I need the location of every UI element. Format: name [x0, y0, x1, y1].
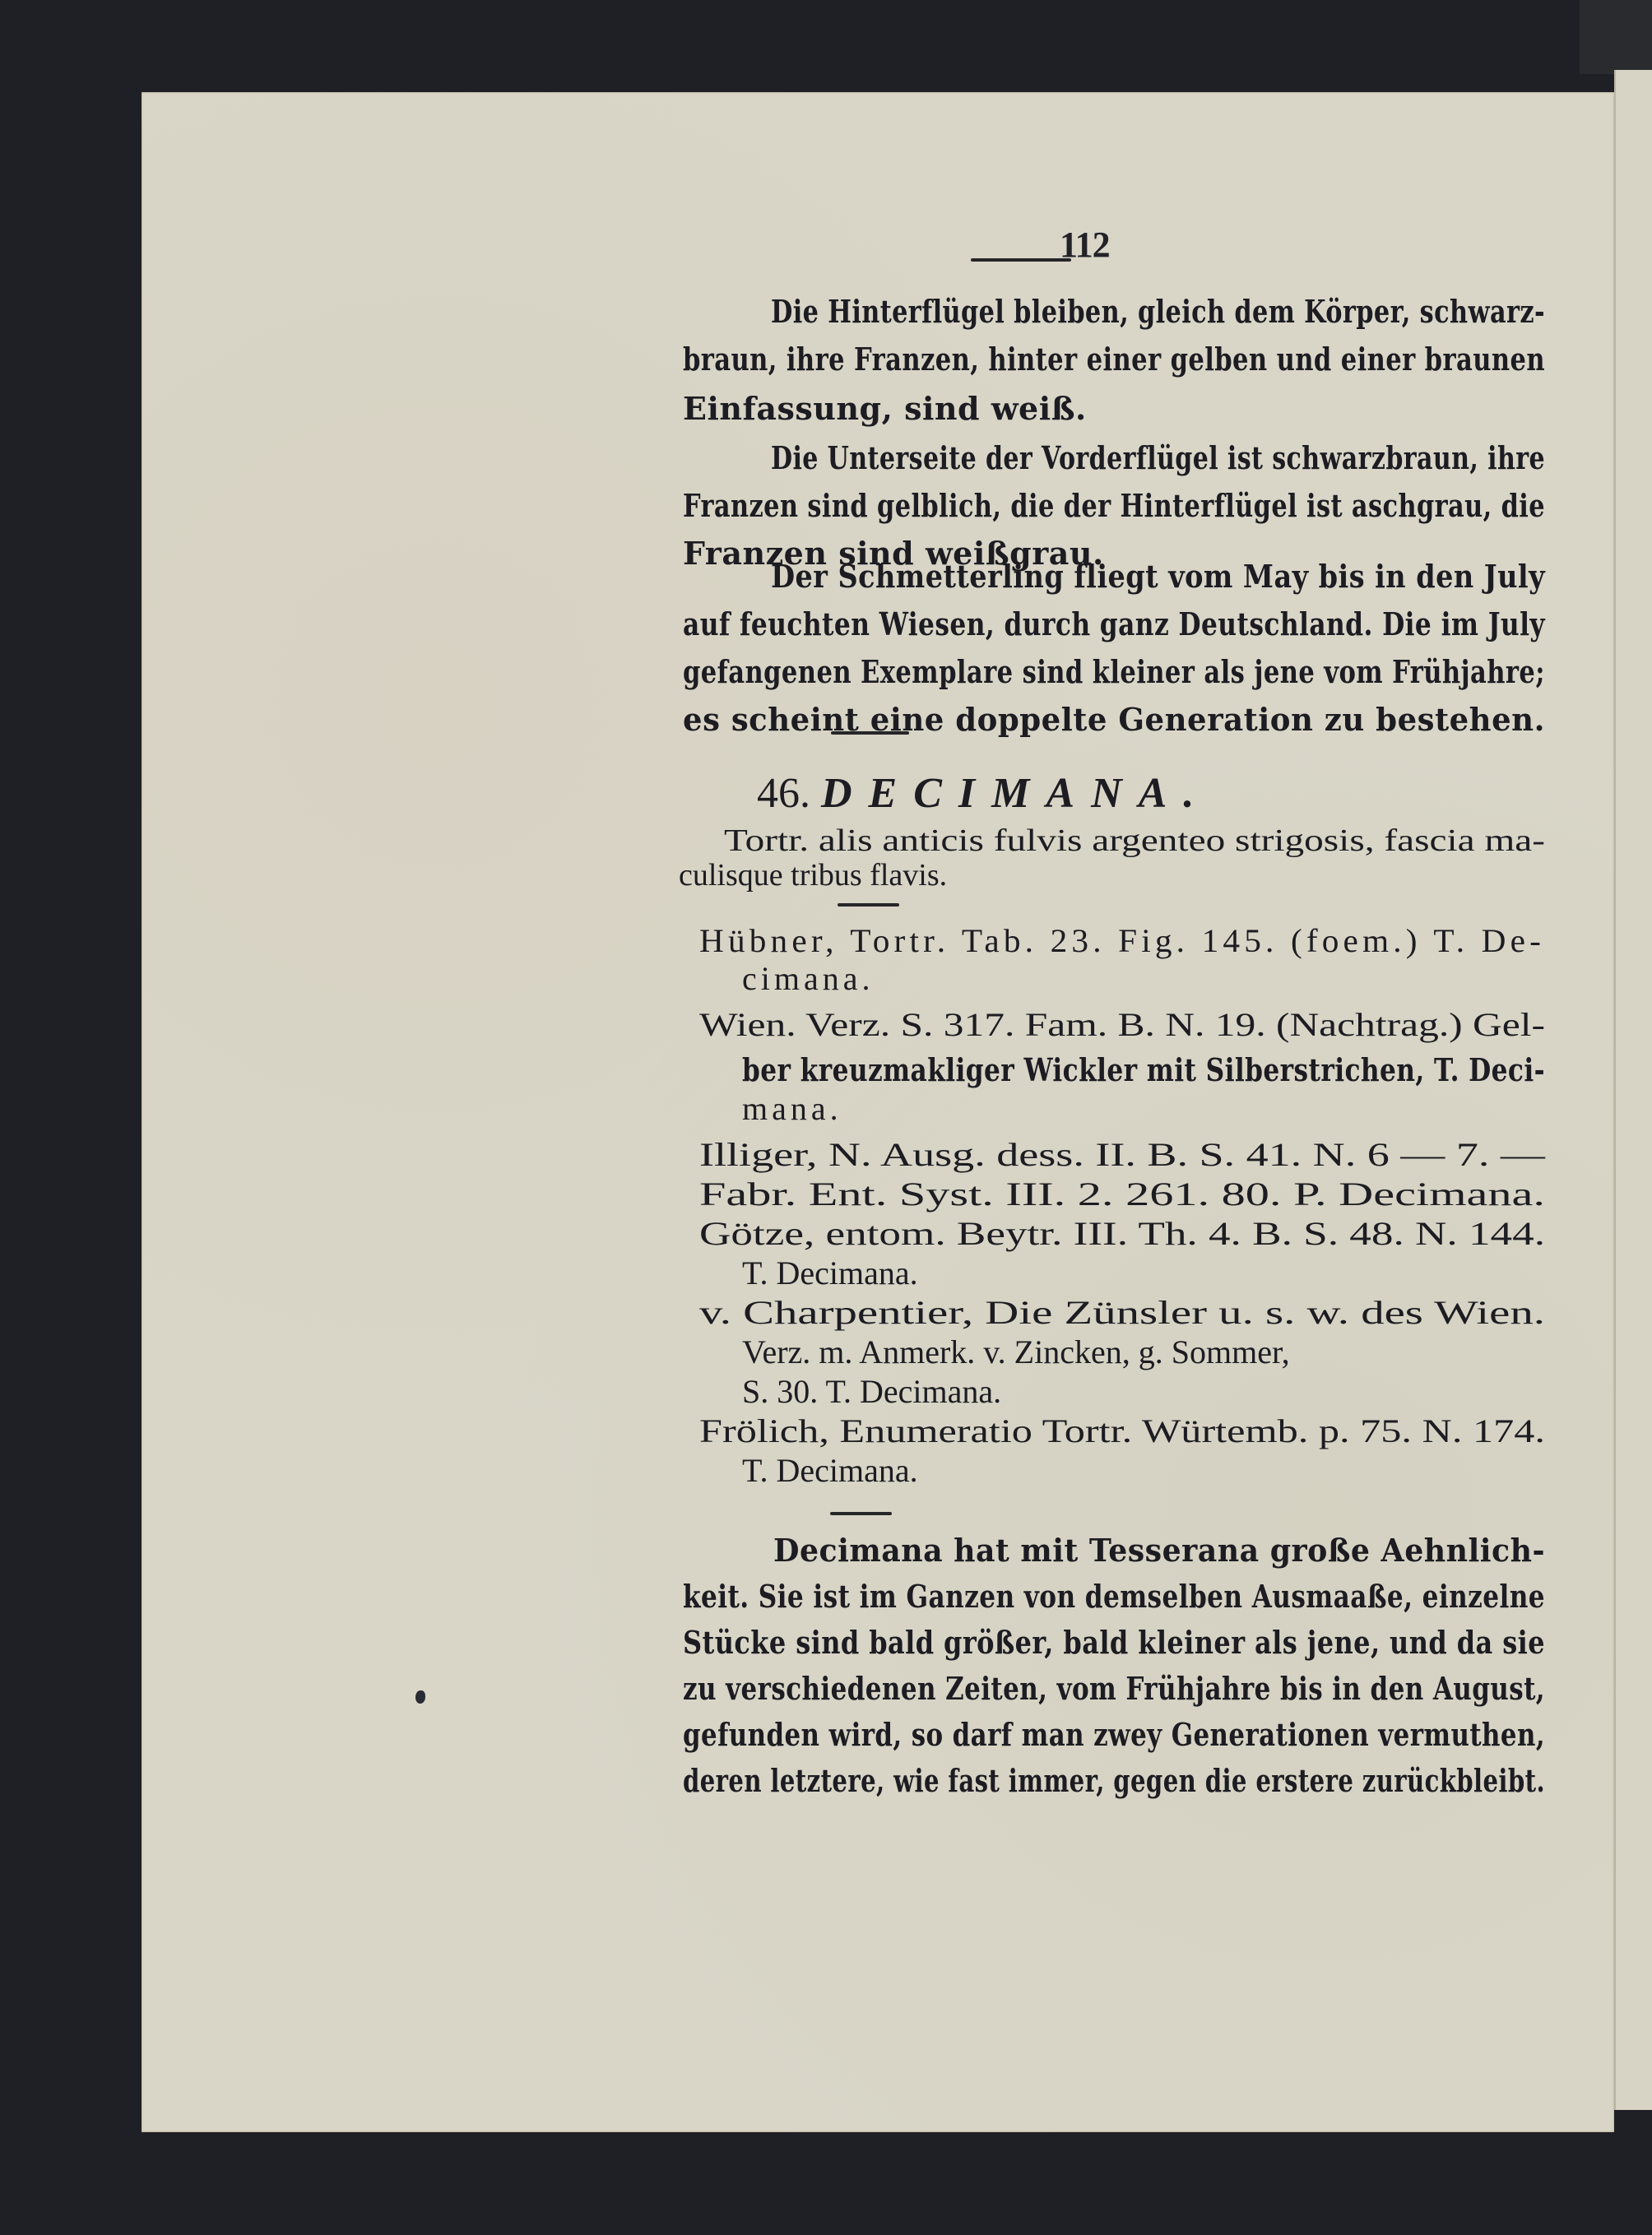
- paragraph-3-line-1: Der Schmetterling fliegt vom May bis in …: [771, 558, 1545, 595]
- reference-wien-line-2: ber kreuzmakliger Wickler mit Silberstri…: [742, 1051, 1545, 1088]
- paragraph-3-line-3: gefangenen Exemplare sind kleiner als je…: [683, 653, 1545, 690]
- next-page-edge: [1614, 70, 1652, 2110]
- diagnosis-line-1: Tortr. alis anticis fulvis argenteo stri…: [724, 823, 1545, 859]
- reference-huebner-line-2: cimana.: [742, 959, 875, 998]
- reference-charpentier-line-2: Verz. m. Anmerk. v. Zincken, g. Sommer,: [742, 1333, 1290, 1371]
- species-heading: 46. DECIMANA.: [757, 769, 1210, 818]
- reference-huebner-line-1: Hübner, Tortr. Tab. 23. Fig. 145. (foem.…: [699, 921, 1545, 960]
- reference-illiger: Illiger, N. Ausg. dess. II. B. S. 41. N.…: [699, 1135, 1545, 1174]
- closing-line-4: zu verschiedenen Zeiten, vom Frühjahre b…: [683, 1670, 1545, 1707]
- backdrop-corner: [1580, 0, 1652, 74]
- species-name: DECIMANA.: [821, 770, 1210, 817]
- reference-froelich-line-2: T. Decimana.: [742, 1451, 918, 1490]
- section-divider: [831, 731, 909, 735]
- closing-line-3: Stücke sind bald größer, bald kleiner al…: [683, 1624, 1545, 1661]
- reference-charpentier-line-1: v. Charpentier, Die Zünsler u. s. w. des…: [699, 1293, 1545, 1332]
- closing-line-6: deren letztere, wie fast immer, gegen di…: [683, 1762, 1545, 1799]
- species-number: 46.: [757, 770, 810, 817]
- closing-divider: [830, 1512, 892, 1515]
- paragraph-2-line-1: Die Unterseite der Vorderflügel ist schw…: [771, 439, 1545, 476]
- references-divider: [838, 903, 899, 907]
- reference-froelich-line-1: Frölich, Enumeratio Tortr. Würtemb. p. 7…: [699, 1412, 1545, 1450]
- closing-line-5: gefunden wird, so darf man zwey Generati…: [683, 1716, 1545, 1753]
- paragraph-3-line-4: es scheint eine doppelte Generation zu b…: [683, 701, 1545, 738]
- closing-line-2: keit. Sie ist im Ganzen von demselben Au…: [683, 1578, 1545, 1615]
- paragraph-1-line-2: braun, ihre Franzen, hinter einer gelben…: [683, 341, 1545, 378]
- ink-blot: [415, 1690, 425, 1704]
- header-rule: [971, 258, 1071, 262]
- reference-charpentier-line-3: S. 30. T. Decimana.: [742, 1372, 1001, 1411]
- reference-goetze-line-1: Götze, entom. Beytr. III. Th. 4. B. S. 4…: [699, 1214, 1545, 1253]
- reference-goetze-line-2: T. Decimana.: [742, 1254, 918, 1292]
- reference-wien-line-1: Wien. Verz. S. 317. Fam. B. N. 19. (Nach…: [699, 1005, 1545, 1044]
- reference-wien-line-3: mana.: [742, 1089, 842, 1128]
- paragraph-3-line-2: auf feuchten Wiesen, durch ganz Deutschl…: [683, 605, 1545, 642]
- diagnosis-line-2: culisque tribus flavis.: [679, 857, 947, 893]
- closing-line-1: Decimana hat mit Tesserana große Aehnlic…: [773, 1532, 1545, 1569]
- paragraph-1-line-3: Einfassung, sind weiß.: [683, 390, 1087, 427]
- reference-fabricius: Fabr. Ent. Syst. III. 2. 261. 80. P. Dec…: [699, 1175, 1545, 1213]
- paragraph-2-line-2: Franzen sind gelblich, die der Hinterflü…: [683, 487, 1545, 524]
- paragraph-1-line-1: Die Hinterflügel bleiben, gleich dem Kör…: [771, 293, 1545, 330]
